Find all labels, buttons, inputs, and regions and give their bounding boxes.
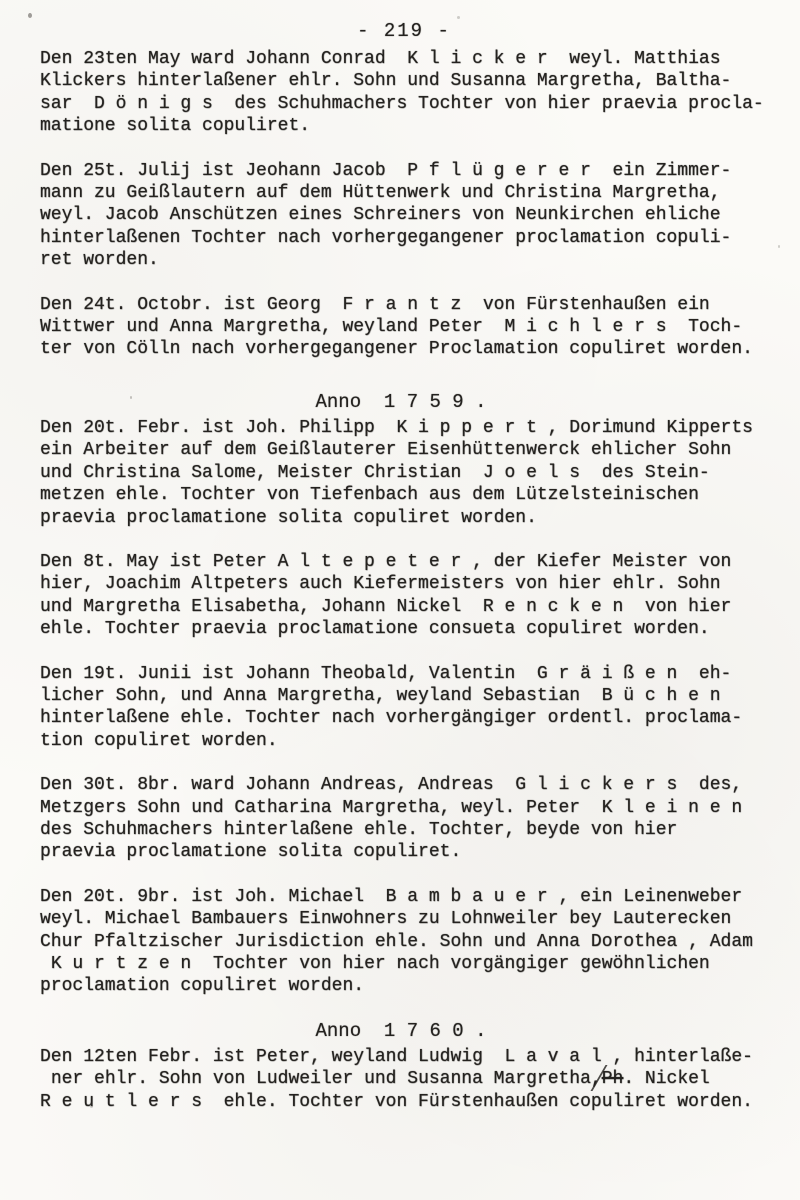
marriage-entry-klicker: Den 23ten May ward Johann Conrad K l i c… <box>40 48 792 138</box>
section-heading-anno-1759: Anno 1 7 5 9 . <box>40 391 762 413</box>
marriage-entry-bambauer: Den 20t. 9br. ist Joh. Michael B a m b a… <box>40 886 792 998</box>
marriage-entry-glickers: Den 30t. 8br. ward Johann Andreas, Andre… <box>40 774 792 864</box>
marriage-entry-graessen: Den 19t. Junii ist Johann Theobald, Vale… <box>40 663 792 753</box>
scan-speck <box>90 1105 93 1108</box>
scan-speck <box>457 16 460 19</box>
page-number: - 219 - <box>40 20 768 42</box>
struck-correction: Ph <box>602 1069 624 1089</box>
scanned-page: - 219 - Den 23ten May ward Johann Conrad… <box>0 0 800 1200</box>
scan-speck <box>778 245 780 248</box>
marriage-entry-laval: Den 12ten Febr. ist Peter, weyland Ludwi… <box>40 1046 792 1113</box>
section-heading-anno-1760: Anno 1 7 6 0 . <box>40 1020 762 1042</box>
marriage-entry-frantz: Den 24t. Octobr. ist Georg F r a n t z v… <box>40 294 792 361</box>
scan-speck <box>130 396 132 399</box>
marriage-entry-kippert: Den 20t. Febr. ist Joh. Philipp K i p p … <box>40 417 792 529</box>
marriage-entry-pfluegerer: Den 25t. Julij ist Jeohann Jacob P f l ü… <box>40 160 792 272</box>
marriage-entry-altepeter: Den 8t. May ist Peter A l t e p e t e r … <box>40 551 792 641</box>
scan-speck <box>28 13 32 18</box>
